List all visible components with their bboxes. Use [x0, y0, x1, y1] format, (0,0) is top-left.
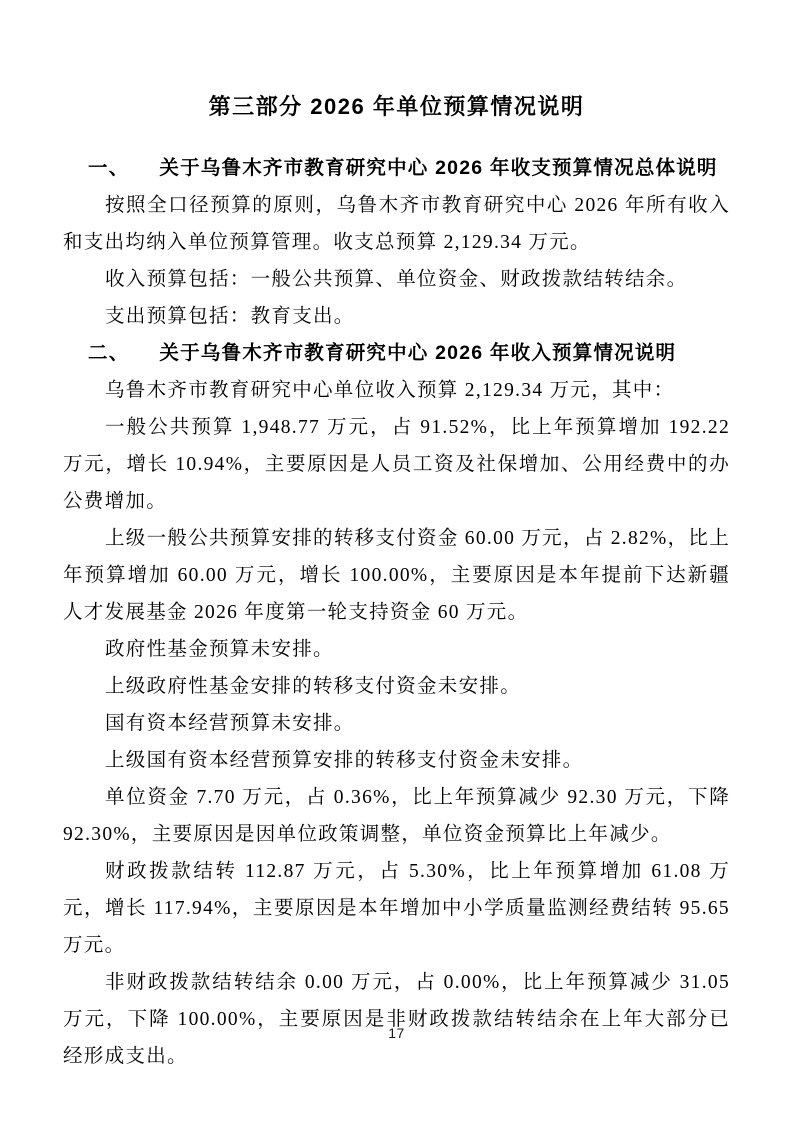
paragraph-fiscal-carryover: 财政拨款结转 112.87 万元，占 5.30%，比上年预算增加 61.08 万…: [63, 853, 730, 964]
paragraph-unit-funds: 单位资金 7.70 万元，占 0.36%，比上年预算减少 92.30 万元，下降…: [63, 779, 730, 853]
paragraph-transfer-payment: 上级一般公共预算安排的转移支付资金 60.00 万元，占 2.82%，比上年预算…: [63, 520, 730, 631]
section-overview-heading: 一、关于乌鲁木齐市教育研究中心 2026 年收支预算情况总体说明: [63, 150, 730, 187]
paragraph-revenue-total: 乌鲁木齐市教育研究中心单位收入预算 2,129.34 万元，其中：: [63, 372, 730, 409]
section-revenue-title: 关于乌鲁木齐市教育研究中心 2026 年收入预算情况说明: [159, 342, 676, 364]
document-title: 第三部分 2026 年单位预算情况说明: [63, 0, 730, 122]
paragraph-gov-fund: 政府性基金预算未安排。: [63, 631, 730, 668]
section-revenue: 二、关于乌鲁木齐市教育研究中心 2026 年收入预算情况说明 乌鲁木齐市教育研究…: [63, 335, 730, 1075]
paragraph-revenue-includes: 收入预算包括：一般公共预算、单位资金、财政拨款结转结余。: [63, 261, 730, 298]
paragraph-gov-fund-transfer: 上级政府性基金安排的转移支付资金未安排。: [63, 668, 730, 705]
section-overview-number: 一、: [88, 157, 129, 179]
section-overview-title: 关于乌鲁木齐市教育研究中心 2026 年收支预算情况总体说明: [159, 157, 717, 179]
paragraph-total-budget: 按照全口径预算的原则，乌鲁木齐市教育研究中心 2026 年所有收入和支出均纳入单…: [63, 187, 730, 261]
paragraph-general-public-budget: 一般公共预算 1,948.77 万元，占 91.52%，比上年预算增加 192.…: [63, 409, 730, 520]
section-revenue-number: 二、: [88, 342, 129, 364]
page-number: 17: [0, 1025, 793, 1041]
section-revenue-heading: 二、关于乌鲁木齐市教育研究中心 2026 年收入预算情况说明: [63, 335, 730, 372]
section-overview: 一、关于乌鲁木齐市教育研究中心 2026 年收支预算情况总体说明 按照全口径预算…: [63, 150, 730, 335]
document-page: 第三部分 2026 年单位预算情况说明 一、关于乌鲁木齐市教育研究中心 2026…: [0, 0, 793, 1122]
paragraph-state-capital: 国有资本经营预算未安排。: [63, 705, 730, 742]
paragraph-nonfiscal-carryover: 非财政拨款结转结余 0.00 万元，占 0.00%，比上年预算减少 31.05 …: [63, 964, 730, 1075]
paragraph-expense-includes: 支出预算包括：教育支出。: [63, 298, 730, 335]
document-content: 第三部分 2026 年单位预算情况说明 一、关于乌鲁木齐市教育研究中心 2026…: [0, 0, 793, 1075]
paragraph-state-capital-transfer: 上级国有资本经营预算安排的转移支付资金未安排。: [63, 742, 730, 779]
